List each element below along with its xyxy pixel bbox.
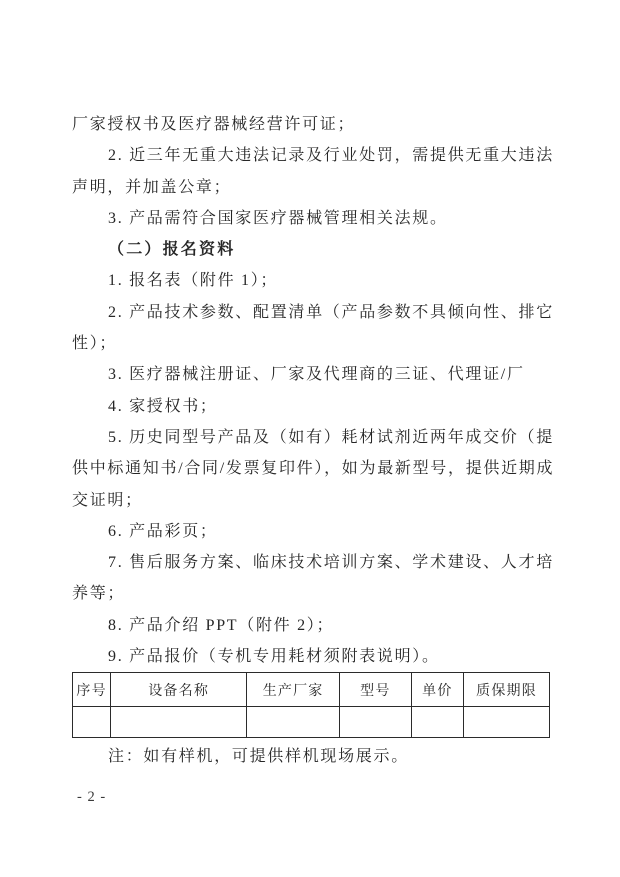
table-cell-empty — [464, 707, 550, 738]
text-line: 交证明； — [72, 485, 550, 516]
text-line: 1. 报名表（附件 1）； — [72, 265, 550, 296]
table-cell-empty — [111, 707, 247, 738]
table-header-cell: 序号 — [73, 673, 111, 707]
text-line: 5. 历史同型号产品及（如有）耗材试剂近两年成交价（提 — [72, 422, 550, 453]
text-line: 养等； — [72, 578, 550, 609]
body-text: 厂家授权书及医疗器械经营许可证； 2. 近三年无重大违法记录及行业处罚，需提供无… — [72, 109, 550, 672]
document-page: 厂家授权书及医疗器械经营许可证； 2. 近三年无重大违法记录及行业处罚，需提供无… — [0, 0, 620, 877]
table-header-row: 序号 设备名称 生产厂家 型号 单价 质保期限 — [73, 673, 550, 707]
page-number: - 2 - — [77, 789, 106, 806]
text-line: 6. 产品彩页； — [72, 516, 550, 547]
quotation-table: 序号 设备名称 生产厂家 型号 单价 质保期限 — [72, 672, 550, 738]
text-line: 3. 产品需符合国家医疗器械管理相关法规。 — [72, 203, 550, 234]
text-line: 声明，并加盖公章； — [72, 172, 550, 203]
text-line: 供中标通知书/合同/发票复印件），如为最新型号，提供近期成 — [72, 453, 550, 484]
table-row — [73, 707, 550, 738]
text-line: 9. 产品报价（专机专用耗材须附表说明）。 — [72, 641, 550, 672]
table-cell-empty — [247, 707, 340, 738]
text-line: 性）； — [72, 328, 550, 359]
table-header-cell: 型号 — [340, 673, 412, 707]
table-header-cell: 单价 — [411, 673, 463, 707]
table-cell-empty — [340, 707, 412, 738]
text-line: 3. 医疗器械注册证、厂家及代理商的三证、代理证/厂 — [72, 359, 550, 390]
table-header-cell: 质保期限 — [464, 673, 550, 707]
note-line: 注：如有样机，可提供样机现场展示。 — [72, 744, 409, 770]
text-line: 4. 家授权书； — [72, 391, 550, 422]
text-line: 7. 售后服务方案、临床技术培训方案、学术建设、人才培 — [72, 547, 550, 578]
table-cell-empty — [73, 707, 111, 738]
text-line: 2. 近三年无重大违法记录及行业处罚，需提供无重大违法 — [72, 140, 550, 171]
text-line: 8. 产品介绍 PPT（附件 2）； — [72, 610, 550, 641]
table-header-cell: 设备名称 — [111, 673, 247, 707]
section-heading: （二）报名资料 — [72, 234, 550, 265]
table-header-cell: 生产厂家 — [247, 673, 340, 707]
table-cell-empty — [411, 707, 463, 738]
text-line: 2. 产品技术参数、配置清单（产品参数不具倾向性、排它 — [72, 297, 550, 328]
text-line: 厂家授权书及医疗器械经营许可证； — [72, 109, 550, 140]
